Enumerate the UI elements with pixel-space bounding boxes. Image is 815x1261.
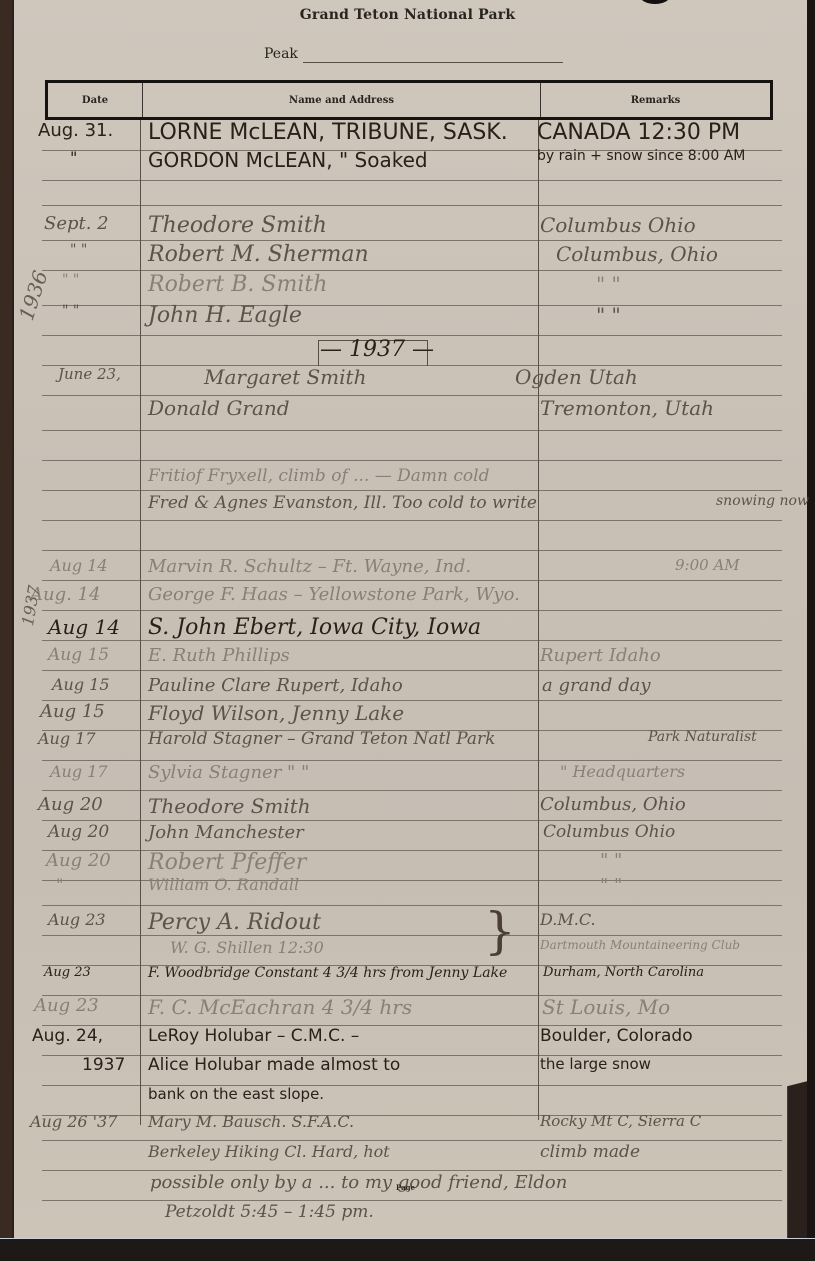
entry-date: Aug 23 (44, 965, 91, 980)
ruled-line (42, 550, 782, 551)
entry-date: Aug 20 (48, 822, 109, 842)
entry-name: E. Ruth Phillips (148, 645, 290, 666)
page-label: Page (396, 1183, 415, 1192)
entry-date: Aug. 31. (38, 120, 113, 141)
ruled-line (42, 640, 782, 641)
entry-name: Percy A. Ridout (148, 910, 321, 935)
entry-remarks: Ogden Utah (515, 365, 638, 389)
entry-name: bank on the east slope. (148, 1085, 324, 1103)
entry-remarks: St Louis, Mo (542, 995, 670, 1019)
entry-name: Sylvia Stagner " " (148, 762, 309, 783)
entry-remarks: " " (600, 875, 622, 896)
entry-name: LeRoy Holubar – C.M.C. – (148, 1026, 359, 1046)
entry-date: Aug. 24, (32, 1026, 103, 1046)
entry-remarks: Boulder, Colorado (540, 1026, 693, 1046)
entry-date: Aug 23 (34, 995, 99, 1016)
column-header-row: Date Name and Address Remarks (45, 80, 773, 120)
entry-name: Pauline Clare Rupert, Idaho (148, 675, 403, 696)
entry-name: Robert B. Smith (148, 272, 327, 297)
entry-name: George F. Haas – Yellowstone Park, Wyo. (148, 584, 520, 605)
entry-date: Aug 15 (52, 675, 110, 694)
entry-remarks: Rocky Mt C, Sierra C (540, 1112, 701, 1130)
entry-name: F. C. McEachran 4 3/4 hrs (148, 995, 412, 1019)
entry-name: Fritiof Fryxell, climb of ... — Damn col… (148, 466, 489, 486)
ruled-line (42, 1140, 782, 1141)
entry-remarks: climb made (540, 1142, 640, 1162)
entry-name: S. John Ebert, Iowa City, Iowa (148, 615, 481, 640)
entry-name: Petzoldt 5:45 – 1:45 pm. (165, 1202, 374, 1222)
entry-date: 1937 (82, 1055, 125, 1075)
column-header-name: Name and Address (143, 83, 541, 117)
entry-remarks: " " (600, 850, 622, 871)
column-divider-date (140, 120, 141, 1125)
entry-date: Aug 15 (40, 701, 105, 722)
entry-name: — 1937 — (320, 337, 434, 362)
entry-name: Alice Holubar made almost to (148, 1055, 400, 1075)
entry-remarks: Columbus Ohio (540, 213, 696, 237)
entry-name: Marvin R. Schultz – Ft. Wayne, Ind. (148, 556, 471, 577)
entry-date: Aug 14 (50, 556, 108, 575)
entry-remarks: Park Naturalist (648, 729, 757, 745)
entry-name: Robert M. Sherman (148, 242, 369, 267)
ruled-line (42, 610, 782, 611)
entry-name: Theodore Smith (148, 213, 327, 238)
column-header-date: Date (48, 83, 143, 117)
entry-name: William O. Randall (148, 875, 299, 894)
entry-date: Aug 26 '37 (30, 1112, 117, 1131)
brace-mark: } (484, 902, 516, 960)
column-header-remarks: Remarks (541, 83, 770, 117)
ruled-line (42, 490, 782, 491)
ruled-line (42, 180, 782, 181)
ruled-line (42, 205, 782, 206)
entry-name: Mary M. Bausch. S.F.A.C. (148, 1112, 354, 1131)
peak-field (303, 62, 563, 63)
entry-name: possible only by a ... to my good friend… (150, 1172, 567, 1193)
entry-date: Aug 17 (50, 762, 108, 781)
ruled-line (42, 240, 782, 241)
ruled-line (42, 1170, 782, 1171)
entry-remarks: Columbus, Ohio (556, 242, 718, 266)
ruled-line (42, 820, 782, 821)
ruled-line (42, 935, 782, 936)
ruled-line (42, 430, 782, 431)
entry-remarks: CANADA 12:30 PM (537, 120, 740, 145)
entry-name: Fred & Agnes Evanston, Ill. Too cold to … (148, 493, 537, 513)
ruled-line (42, 905, 782, 906)
entry-remarks: " " (596, 272, 621, 296)
entry-remarks: a grand day (542, 675, 651, 696)
entry-remarks: the large snow (540, 1055, 651, 1073)
frame-bottom-edge (0, 1239, 815, 1261)
entry-date: Aug 20 (38, 794, 103, 815)
entry-name: Margaret Smith (204, 365, 366, 389)
entry-remarks: snowing now (716, 493, 809, 509)
entry-date: " " (70, 242, 87, 258)
ruled-line (42, 270, 782, 271)
peak-label: Peak (264, 46, 298, 62)
ruled-line (42, 1200, 782, 1201)
ruled-line (42, 790, 782, 791)
entry-name: Donald Grand (148, 396, 290, 420)
column-divider-remarks (538, 120, 539, 1120)
entry-remarks: 9:00 AM (675, 556, 740, 574)
entry-remarks: by rain + snow since 8:00 AM (537, 148, 745, 164)
ruled-line (42, 335, 782, 336)
entry-name: F. Woodbridge Constant 4 3/4 hrs from Je… (148, 965, 507, 981)
park-title: Grand Teton National Park (0, 7, 815, 23)
entry-name: Berkeley Hiking Cl. Hard, hot (148, 1142, 390, 1161)
ruled-line (42, 670, 782, 671)
entry-date: June 23, (58, 365, 121, 383)
entry-remarks: D.M.C. (540, 910, 596, 929)
entry-date: " " (62, 272, 79, 288)
entry-date: Aug 17 (38, 729, 96, 748)
entry-date: " " (62, 303, 79, 319)
entry-remarks: Columbus, Ohio (540, 794, 686, 815)
entry-date: Aug 23 (48, 910, 106, 929)
entry-date: " (56, 875, 63, 894)
entry-date: Aug 20 (46, 850, 111, 871)
entry-name: John H. Eagle (148, 303, 302, 328)
entry-date: " (70, 148, 77, 167)
entry-remarks: Durham, North Carolina (543, 965, 704, 980)
ruled-line (42, 460, 782, 461)
entry-date: Aug 14 (48, 615, 120, 639)
ruled-line (42, 760, 782, 761)
ruled-line (42, 520, 782, 521)
entry-remarks: Dartmouth Mountaineering Club (540, 938, 740, 952)
frame-left-edge (0, 0, 12, 1261)
entry-name: LORNE McLEAN, TRIBUNE, SASK. (148, 120, 508, 145)
entry-remarks: " " (596, 303, 621, 327)
entry-name: Harold Stagner – Grand Teton Natl Park (148, 729, 495, 749)
entry-name: Robert Pfeffer (148, 850, 306, 875)
entry-name: W. G. Shillen 12:30 (170, 938, 324, 957)
entry-remarks: Rupert Idaho (540, 645, 661, 666)
frame-right-edge (807, 0, 815, 1261)
entry-name: John Manchester (148, 822, 304, 843)
entry-date: Aug 15 (48, 645, 109, 665)
entry-name: GORDON McLEAN, " Soaked (148, 148, 428, 172)
entry-name: Theodore Smith (148, 794, 311, 818)
entry-remarks: Columbus Ohio (543, 822, 675, 842)
entry-date: Sept. 2 (44, 213, 109, 234)
entry-name: Floyd Wilson, Jenny Lake (148, 701, 404, 725)
entry-remarks: " Headquarters (560, 762, 685, 781)
ruled-line (42, 580, 782, 581)
entry-remarks: Tremonton, Utah (540, 396, 714, 420)
